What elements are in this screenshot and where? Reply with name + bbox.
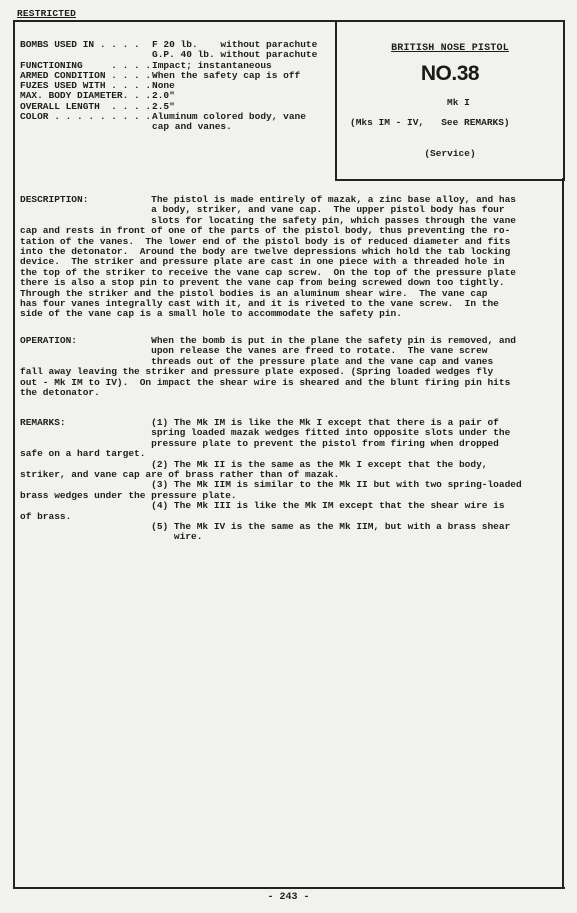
operation-section: OPERATION: When the bomb is put in the p… [20, 336, 540, 398]
frame-border-bottom [13, 887, 565, 889]
page-number: - 243 - [0, 892, 577, 903]
section-label: OPERATION: [20, 336, 77, 346]
frame-border-top [13, 20, 336, 22]
spec-row: cap and vanes. [20, 122, 337, 132]
frame-border-left [13, 20, 15, 889]
section-body: The pistol is made entirely of mazak, a … [20, 195, 540, 320]
spec-value: 2.0" [152, 91, 337, 101]
spec-label [20, 122, 152, 132]
fuze-category-title: BRITISH NOSE PISTOL [337, 43, 563, 54]
section-label: REMARKS: [20, 418, 66, 428]
section-label: DESCRIPTION: [20, 195, 88, 205]
spec-label: COLOR . . . . . . . . . [20, 112, 152, 122]
service-status: (Service) [337, 148, 563, 159]
pistol-number: NO.38 [337, 62, 563, 86]
title-box: BRITISH NOSE PISTOL NO.38 Mk I (Mks IM -… [335, 20, 565, 181]
classification-marking: RESTRICTED [17, 8, 76, 19]
marks-range: (Mks IM - IV, See REMARKS) [350, 117, 510, 128]
section-body: When the bomb is put in the plane the sa… [20, 336, 540, 398]
mark-designation: Mk I [447, 97, 470, 108]
spec-value: None [152, 81, 337, 91]
spec-value: cap and vanes. [152, 122, 337, 132]
frame-border-right [562, 178, 564, 889]
section-body: (1) The Mk IM is like the Mk I except th… [20, 418, 540, 543]
spec-label: BOMBS USED IN . . . . [20, 40, 152, 50]
spec-value: When the safety cap is off [152, 71, 337, 81]
remarks-section: REMARKS: (1) The Mk IM is like the Mk I … [20, 418, 540, 543]
specification-table: BOMBS USED IN . . . .F 20 lb. without pa… [20, 40, 337, 133]
description-section: DESCRIPTION: The pistol is made entirely… [20, 195, 540, 320]
